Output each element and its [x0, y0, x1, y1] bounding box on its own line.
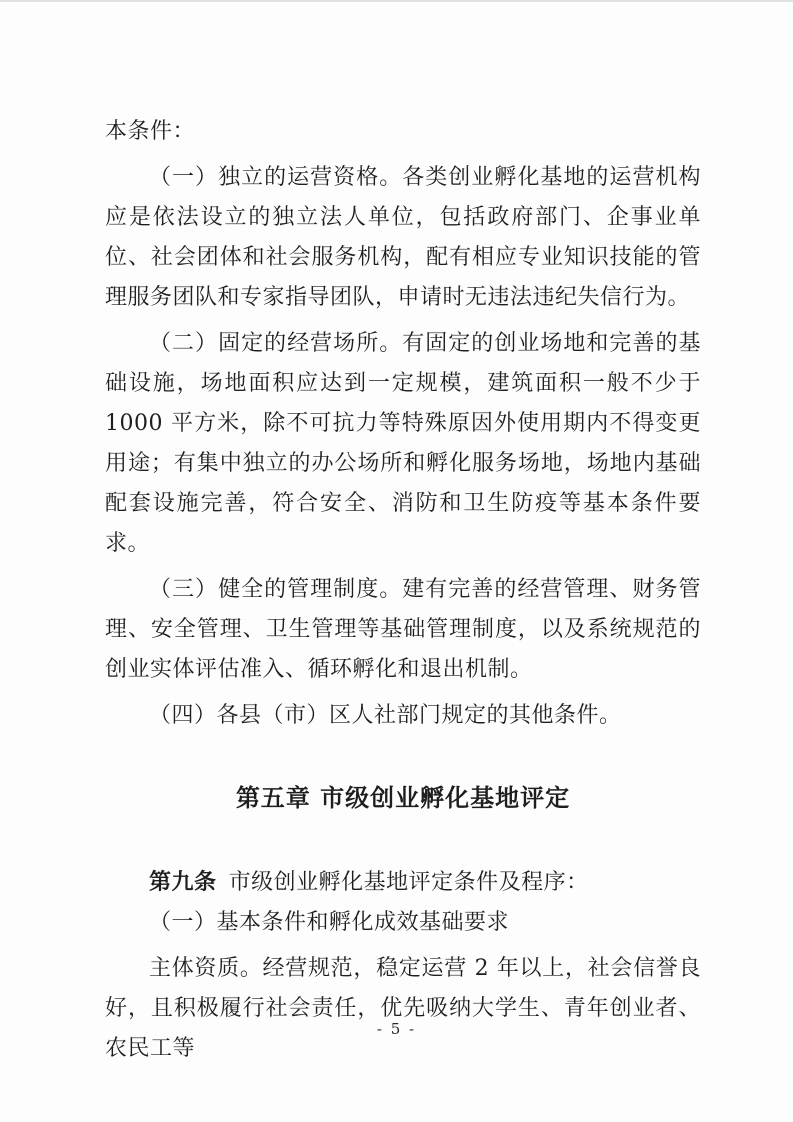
document-page: 本条件： （一）独立的运营资格。各类创业孵化基地的运营机构应是依法设立的独立法人…: [0, 0, 793, 1122]
body-paragraph-fragment: 主体资质。经营规范，稳定运营 2 年以上，社会信誉良好，且积极履行社会责任，优先…: [105, 949, 701, 1069]
document-body: 本条件： （一）独立的运营资格。各类创业孵化基地的运营机构应是依法设立的独立法人…: [105, 112, 701, 1069]
intro-paragraph-fragment: 本条件：: [105, 112, 701, 152]
scan-edge-line: [0, 0, 793, 2]
section-item-paragraph: （一）基本条件和孵化成效基础要求: [105, 903, 701, 943]
condition-paragraph-4: （四）各县（市）区人社部门规定的其他条件。: [105, 696, 701, 736]
article-paragraph: 第九条市级创业孵化基地评定条件及程序：: [105, 863, 701, 903]
page-number: - 5 -: [0, 1020, 793, 1038]
article-number: 第九条: [149, 870, 217, 895]
article-title: 市级创业孵化基地评定条件及程序：: [229, 870, 589, 895]
condition-paragraph-1: （一）独立的运营资格。各类创业孵化基地的运营机构应是依法设立的独立法人单位，包括…: [105, 158, 701, 318]
condition-paragraph-2: （二）固定的经营场所。有固定的创业场地和完善的基础设施，场地面积应达到一定规模，…: [105, 324, 701, 564]
chapter-heading: 第五章 市级创业孵化基地评定: [105, 778, 701, 818]
condition-paragraph-3: （三）健全的管理制度。建有完善的经营管理、财务管理、安全管理、卫生管理等基础管理…: [105, 570, 701, 690]
